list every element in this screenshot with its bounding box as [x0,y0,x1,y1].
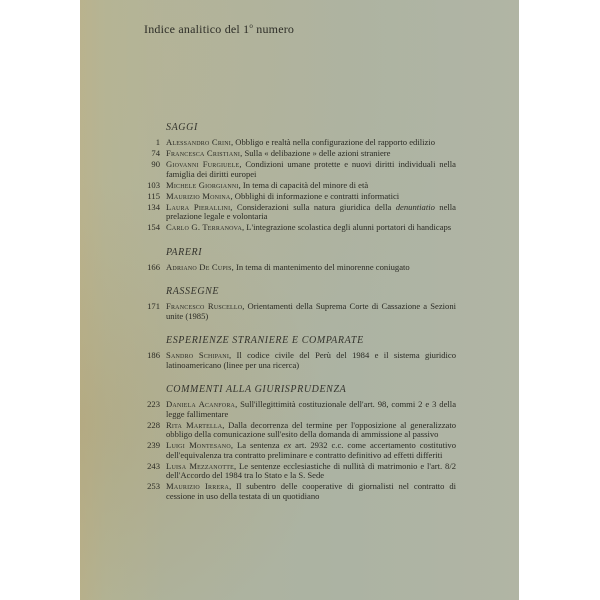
entry-title: In tema di capacità del minore di età [243,180,368,190]
entry-text: Francesca Cristiani, Sulla « delibazione… [166,149,456,159]
entry-title: Obbligo e realtà nella configurazione de… [235,137,435,147]
entry-author: Laura Pierallini [166,202,230,212]
entry-text: Giovanni Furgiuele, Condizioni umane pro… [166,160,456,179]
entry-title: Sulla « delibazione » delle azioni stran… [244,148,390,158]
toc-entry: 243Luisa Mezzanotte, Le sentenze ecclesi… [136,462,456,481]
toc-entry: 239Luigi Montesano, La sentenza ex art. … [136,441,456,460]
entry-author: Sandro Schipani [166,350,229,360]
entry-text: Laura Pierallini, Considerazioni sulla n… [166,203,456,222]
entry-author: Michele Giorgianni [166,180,239,190]
section-title: ESPERIENZE STRANIERE E COMPARATE [166,335,456,346]
toc-entry: 253Maurizio Irrera, Il subentro delle co… [136,482,456,501]
entry-author: Carlo G. Terranova [166,222,242,232]
header-title-prefix: Indice analitico del 1 [144,22,249,36]
entry-author: Rita Martella [166,420,222,430]
toc-entry: 90Giovanni Furgiuele, Condizioni umane p… [136,160,456,179]
entry-author: Luigi Montesano [166,440,231,450]
toc-section-commenti-alla-giurisprudenza: COMMENTI ALLA GIURISPRUDENZA223Daniela A… [136,384,456,501]
toc-entry: 103Michele Giorgianni, In tema di capaci… [136,181,456,191]
toc-entry: 74Francesca Cristiani, Sulla « delibazio… [136,149,456,159]
table-of-contents: SAGGI1Alessandro Crini, Obbligo e realtà… [136,122,456,515]
entry-author: Daniela Acanfora [166,399,235,409]
toc-entry: 154Carlo G. Terranova, L'integrazione sc… [136,223,456,233]
section-title: SAGGI [166,122,456,133]
section-title: RASSEGNE [166,286,456,297]
entry-title-italic: denuntiatio [396,202,435,212]
entry-text: Luigi Montesano, La sentenza ex art. 293… [166,441,456,460]
entry-page-number: 154 [136,223,166,233]
toc-entry: 1Alessandro Crini, Obbligo e realtà nell… [136,138,456,148]
entry-text: Luisa Mezzanotte, Le sentenze ecclesiast… [166,462,456,481]
entry-author: Alessandro Crini [166,137,231,147]
entry-page-number: 223 [136,400,166,419]
entry-title: L'integrazione scolastica degli alunni p… [246,222,451,232]
entry-author: Francesco Ruscello [166,301,242,311]
entry-text: Adriano De Cupis, In tema di manteniment… [166,263,456,273]
toc-entry: 171Francesco Ruscello, Orientamenti dell… [136,302,456,321]
section-title: PARERI [166,247,456,258]
entry-page-number: 103 [136,181,166,191]
toc-entry: 223Daniela Acanfora, Sull'illegittimità … [136,400,456,419]
toc-section-rassegne: RASSEGNE171Francesco Ruscello, Orientame… [136,286,456,321]
entry-page-number: 166 [136,263,166,273]
entry-title: Obblighi di informazione e contratti inf… [235,191,399,201]
toc-section-pareri: PARERI166Adriano De Cupis, In tema di ma… [136,247,456,273]
entry-text: Alessandro Crini, Obbligo e realtà nella… [166,138,456,148]
entry-text: Carlo G. Terranova, L'integrazione scola… [166,223,456,233]
entry-title-part: Considerazioni sulla natura giuridica de… [237,202,396,212]
entry-text: Francesco Ruscello, Orientamenti della S… [166,302,456,321]
entry-page-number: 186 [136,351,166,370]
entry-author: Francesca Cristiani [166,148,240,158]
page-header: Indice analitico del 1o numero [144,22,294,37]
entry-page-number: 228 [136,421,166,440]
entry-text: Maurizio Monina, Obblighi di informazion… [166,192,456,202]
entry-text: Michele Giorgianni, In tema di capacità … [166,181,456,191]
entry-text: Sandro Schipani, Il codice civile del Pe… [166,351,456,370]
entry-text: Maurizio Irrera, Il subentro delle coope… [166,482,456,501]
toc-entry: 228Rita Martella, Dalla decorrenza del t… [136,421,456,440]
entry-page-number: 243 [136,462,166,481]
entry-title: In tema di mantenimento del minorenne co… [236,262,410,272]
toc-entry: 166Adriano De Cupis, In tema di mantenim… [136,263,456,273]
entry-page-number: 74 [136,149,166,159]
toc-section-saggi: SAGGI1Alessandro Crini, Obbligo e realtà… [136,122,456,233]
entry-author: Maurizio Monina [166,191,230,201]
toc-entry: 115Maurizio Monina, Obblighi di informaz… [136,192,456,202]
header-title-suffix: numero [253,22,294,36]
entry-page-number: 253 [136,482,166,501]
entry-page-number: 239 [136,441,166,460]
entry-author: Giovanni Furgiuele [166,159,239,169]
entry-page-number: 90 [136,160,166,179]
toc-entry: 186Sandro Schipani, Il codice civile del… [136,351,456,370]
entry-page-number: 134 [136,203,166,222]
entry-author: Maurizio Irrera [166,481,229,491]
entry-page-number: 1 [136,138,166,148]
entry-author: Luisa Mezzanotte [166,461,234,471]
entry-page-number: 115 [136,192,166,202]
toc-section-esperienze-straniere-e-comparate: ESPERIENZE STRANIERE E COMPARATE186Sandr… [136,335,456,370]
entry-text: Rita Martella, Dalla decorrenza del term… [166,421,456,440]
entry-author: Adriano De Cupis [166,262,232,272]
entry-page-number: 171 [136,302,166,321]
toc-entry: 134Laura Pierallini, Considerazioni sull… [136,203,456,222]
document-page: Indice analitico del 1o numero SAGGI1Ale… [80,0,519,600]
entry-title-part: La sentenza [237,440,284,450]
section-title: COMMENTI ALLA GIURISPRUDENZA [166,384,456,395]
entry-text: Daniela Acanfora, Sull'illegittimità cos… [166,400,456,419]
